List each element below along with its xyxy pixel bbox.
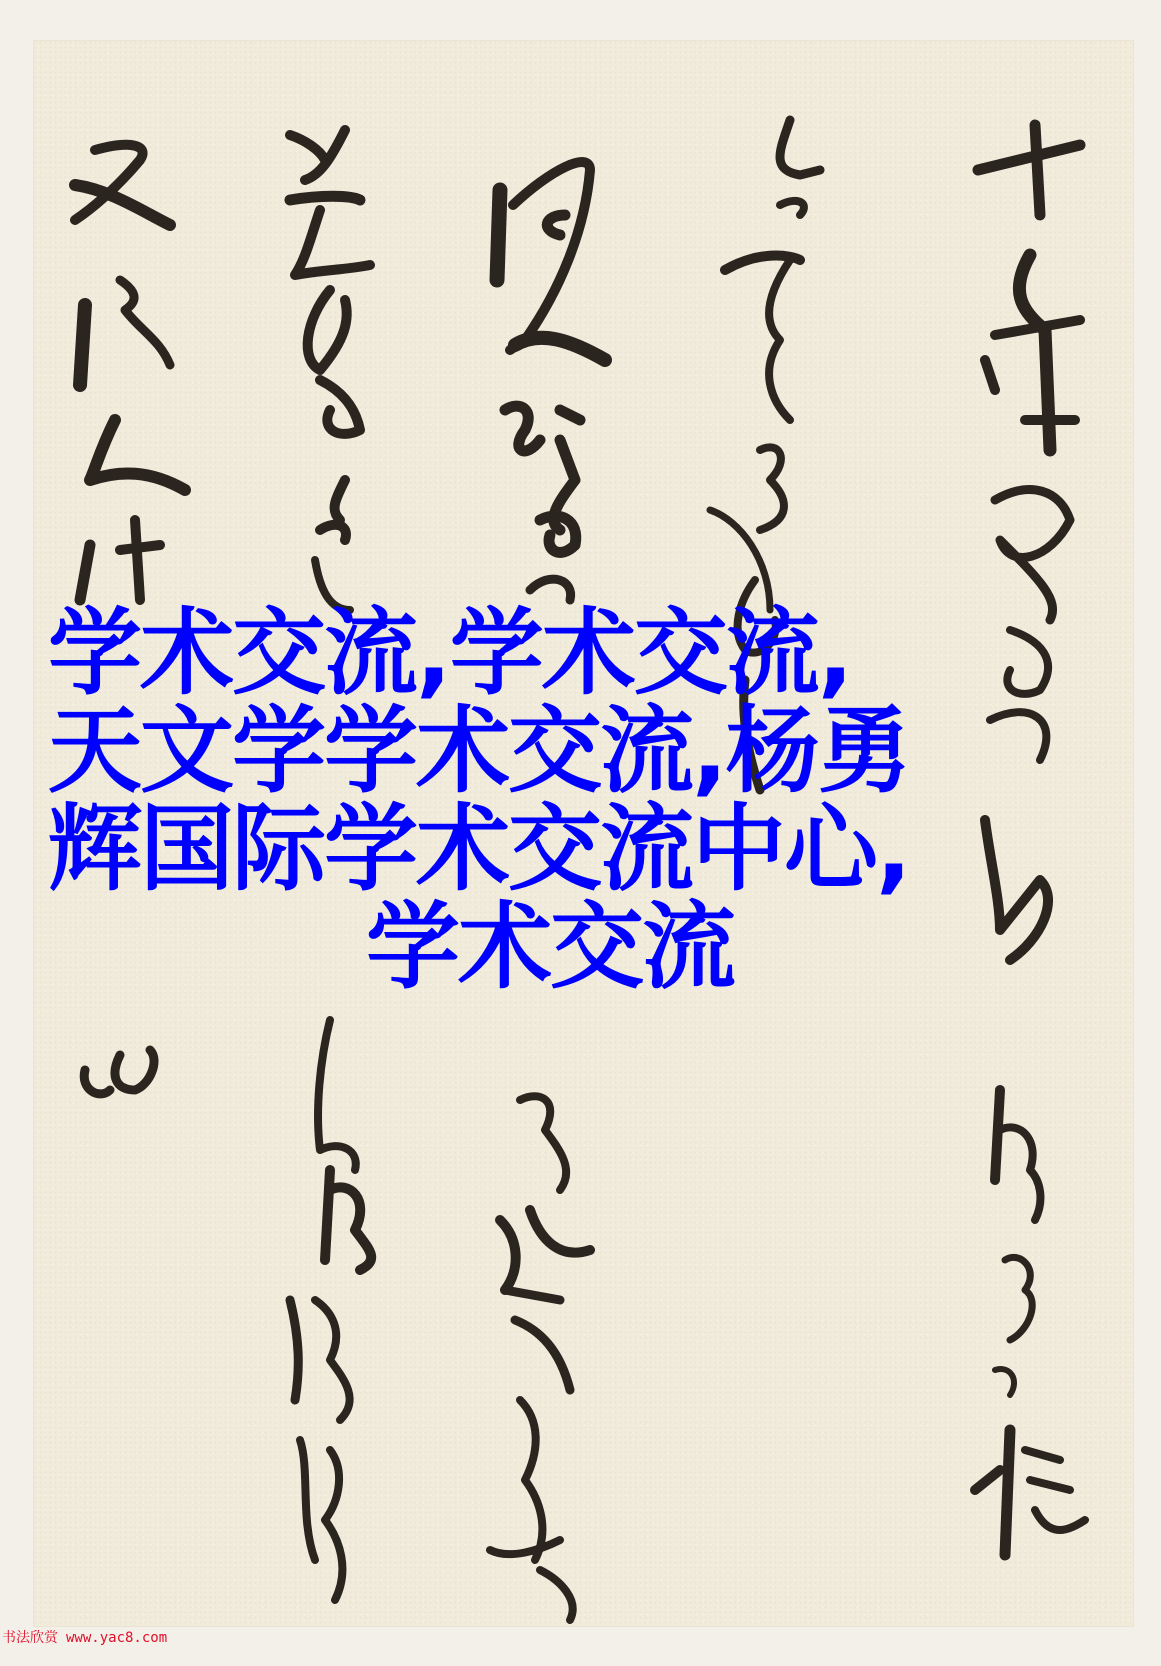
overlay-caption: 学术交流,学术交流, 天文学学术交流,杨勇 辉国际学术交流中心, 学术交流: [40, 605, 1060, 997]
watermark: 书法欣赏www.yac8.com: [2, 1630, 167, 1646]
overlay-caption-line: 天文学学术交流,杨勇: [40, 703, 1060, 801]
overlay-caption-line: 学术交流,学术交流,: [40, 605, 1060, 703]
overlay-caption-line: 学术交流: [40, 899, 1060, 997]
overlay-caption-line: 辉国际学术交流中心,: [40, 801, 1060, 899]
watermark-url: www.yac8.com: [66, 1630, 167, 1646]
watermark-label: 书法欣赏: [2, 1630, 58, 1646]
